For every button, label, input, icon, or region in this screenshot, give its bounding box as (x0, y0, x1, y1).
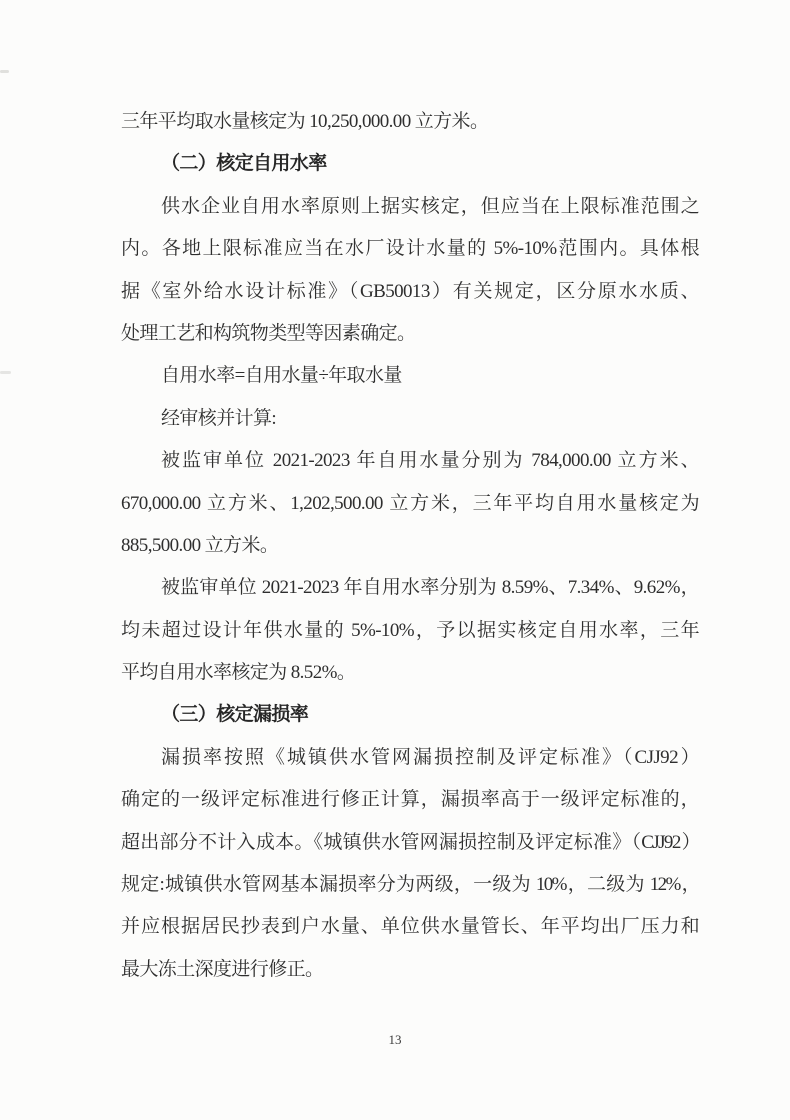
text-line: 处理工艺和构筑物类型等因素确定。 (121, 313, 699, 355)
text-line: 供水企业自用水率原则上据实核定，但应当在上限标准范围之 (121, 186, 699, 228)
text-line: 确定的一级评定标准进行修正计算，漏损率高于一级评定标准的， (121, 779, 699, 821)
text-line: 超出部分不计入成本。《城镇供水管网漏损控制及评定标准》（CJJ92） (121, 822, 699, 864)
section-heading: （三）核定漏损率 (121, 694, 699, 736)
text-line: 885,500.00 立方米。 (121, 525, 699, 567)
text-line: 据《室外给水设计标准》（GB50013）有关规定，区分原水水质、 (121, 271, 699, 313)
scan-speck (0, 371, 11, 374)
text-line: 自用水率=自用水量÷年取水量 (121, 355, 699, 397)
text-line: 均未超过设计年供水量的 5%-10%，予以据实核定自用水率，三年 (121, 610, 699, 652)
text-line: 并应根据居民抄表到户水量、单位供水量管长、年平均出厂压力和 (121, 906, 699, 948)
text-line: 内。各地上限标准应当在水厂设计水量的 5%-10%范围内。具体根 (121, 228, 699, 270)
text-line: 被监审单位 2021-2023 年自用水量分别为 784,000.00 立方米、 (121, 440, 699, 482)
document-page: 三年平均取水量核定为 10,250,000.00 立方米。（二）核定自用水率供水… (0, 0, 790, 1120)
text-line: 漏损率按照《城镇供水管网漏损控制及评定标准》（CJJ92） (121, 737, 699, 779)
document-body: 三年平均取水量核定为 10,250,000.00 立方米。（二）核定自用水率供水… (121, 101, 699, 991)
text-line: 被监审单位 2021-2023 年自用水率分别为 8.59%、7.34%、9.6… (121, 567, 699, 609)
page-number: 13 (0, 1032, 790, 1048)
text-line: 670,000.00 立方米、1,202,500.00 立方米，三年平均自用水量… (121, 483, 699, 525)
text-line: 最大冻土深度进行修正。 (121, 949, 699, 991)
text-line: 平均自用水率核定为 8.52%。 (121, 652, 699, 694)
section-heading: （二）核定自用水率 (121, 143, 699, 185)
text-line: 经审核并计算: (121, 398, 699, 440)
text-line: 规定:城镇供水管网基本漏损率分为两级，一级为 10%，二级为 12%， (121, 864, 699, 906)
scan-speck (0, 70, 9, 73)
text-line: 三年平均取水量核定为 10,250,000.00 立方米。 (121, 101, 699, 143)
